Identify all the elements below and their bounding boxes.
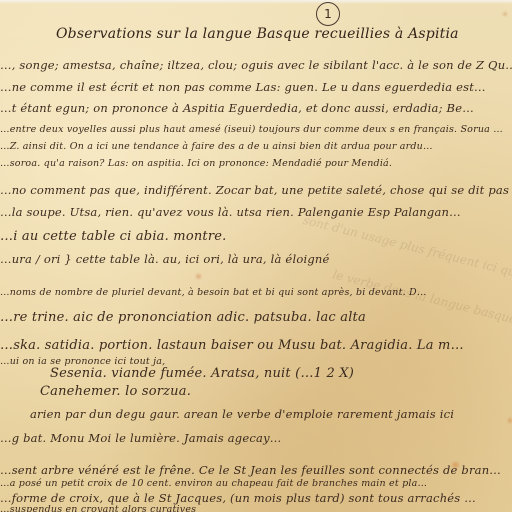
manuscript-line: arien par dun degu gaur. arean le verbe … — [30, 407, 454, 421]
manuscript-line: …forme de croix, que à le St Jacques, (u… — [0, 491, 476, 505]
manuscript-line: Sesenia. viande fumée. Aratsa, nuit (…1 … — [50, 366, 354, 381]
manuscript-line: …no comment pas que, indifférent. Zocar … — [0, 183, 512, 197]
manuscript-line: …t étant egun; on prononce à Aspitia Egu… — [0, 101, 474, 115]
page-number-circled: 1 — [316, 2, 340, 26]
foxing-stain — [196, 274, 201, 279]
manuscript-line: …sent arbre vénéré est le frêne. Ce le S… — [0, 463, 501, 477]
manuscript-line: …g bat. Monu Moi le lumière. Jamais agec… — [0, 431, 281, 445]
foxing-stain — [503, 12, 507, 16]
foxing-stain — [508, 418, 512, 423]
page-title: Observations sur la langue Basque recuei… — [56, 26, 459, 42]
manuscript-line: …Z. ainsi dit. On a ici une tendance à f… — [0, 141, 433, 152]
manuscript-line: …ne comme il est écrit et non pas comme … — [0, 80, 486, 94]
manuscript-line: …soroa. qu'a raison? Las: on aspitia. Ic… — [0, 158, 392, 169]
manuscript-line: …la soupe. Utsa, rien. qu'avez vous là. … — [0, 205, 461, 219]
manuscript-line: …noms de nombre de pluriel devant, à bes… — [0, 287, 427, 298]
manuscript-line: …suspendus en croyant alors curatives — [0, 504, 196, 512]
manuscript-line: …a posé un petit croix de 10 cent. envir… — [0, 478, 427, 489]
paper-top-edge — [0, 0, 512, 4]
manuscript-line: …, songe; amestsa, chaîne; iltzea, clou;… — [0, 58, 512, 72]
manuscript-line: …ska. satidia. portion. lastaun baiser o… — [0, 338, 464, 353]
manuscript-line: …entre deux voyelles aussi plus haut ame… — [0, 124, 503, 135]
manuscript-line: Canehemer. lo sorzua. — [40, 384, 191, 399]
manuscript-line: …ura / ori } cette table là. au, ici ori… — [0, 252, 330, 266]
manuscript-line: …i au cette table ci abia. montre. — [0, 229, 226, 244]
manuscript-line: …re trine. aic de prononciation adic. pa… — [0, 310, 366, 325]
manuscript-page: sont d'un usage plus fréquent ici que le… — [0, 0, 512, 512]
